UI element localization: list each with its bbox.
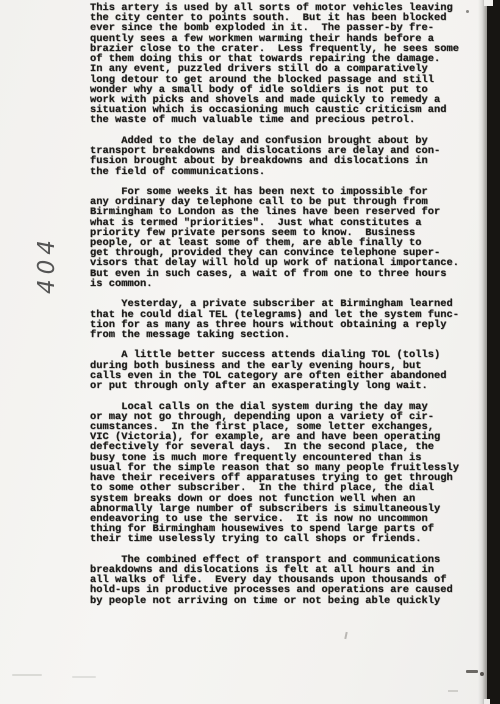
text-line: fusion brought about by breakdowns and d…	[90, 156, 475, 166]
scan-edge-notch-top	[484, 0, 493, 6]
paragraph: Yesterday, a private subscriber at Birmi…	[90, 299, 475, 340]
scan-speck	[466, 10, 469, 13]
scan-speck	[72, 676, 96, 678]
text-line: by people not arriving on time or not be…	[90, 596, 475, 606]
text-line: the waste of much valuable time and prec…	[90, 115, 475, 125]
paragraph: For some weeks it has been next to impos…	[90, 187, 475, 289]
text-line: from the message taking section.	[90, 330, 475, 340]
paragraph: The combined effect of transport and com…	[90, 555, 475, 606]
scan-speck	[448, 690, 458, 692]
scan-speck	[344, 632, 347, 639]
handwritten-page-number: 404	[34, 236, 60, 294]
scanned-document-page: This artery is used by all sorts of moto…	[0, 0, 500, 704]
text-line: to some other subscriber. In the third p…	[90, 483, 475, 493]
text-line: In any event, puzzled drivers still do a…	[90, 64, 475, 74]
paragraph: Local calls on the dial system during th…	[90, 402, 475, 545]
paragraph: Added to the delay and confusion brought…	[90, 136, 475, 177]
scan-speck	[480, 672, 484, 676]
text-line: is common.	[90, 279, 475, 289]
scan-edge-notch-bottom	[484, 699, 490, 704]
paragraph: A little better success attends dialing …	[90, 350, 475, 391]
scan-edge-band	[487, 0, 500, 704]
scan-speck	[12, 674, 42, 676]
document-text: This artery is used by all sorts of moto…	[90, 3, 475, 606]
paragraph: This artery is used by all sorts of moto…	[90, 3, 475, 126]
text-line: their time uselessly trying to call shop…	[90, 534, 475, 544]
text-line: the field of communications.	[90, 167, 475, 177]
text-line: or put through only after an exasperatin…	[90, 381, 475, 391]
scan-speck	[466, 670, 478, 673]
